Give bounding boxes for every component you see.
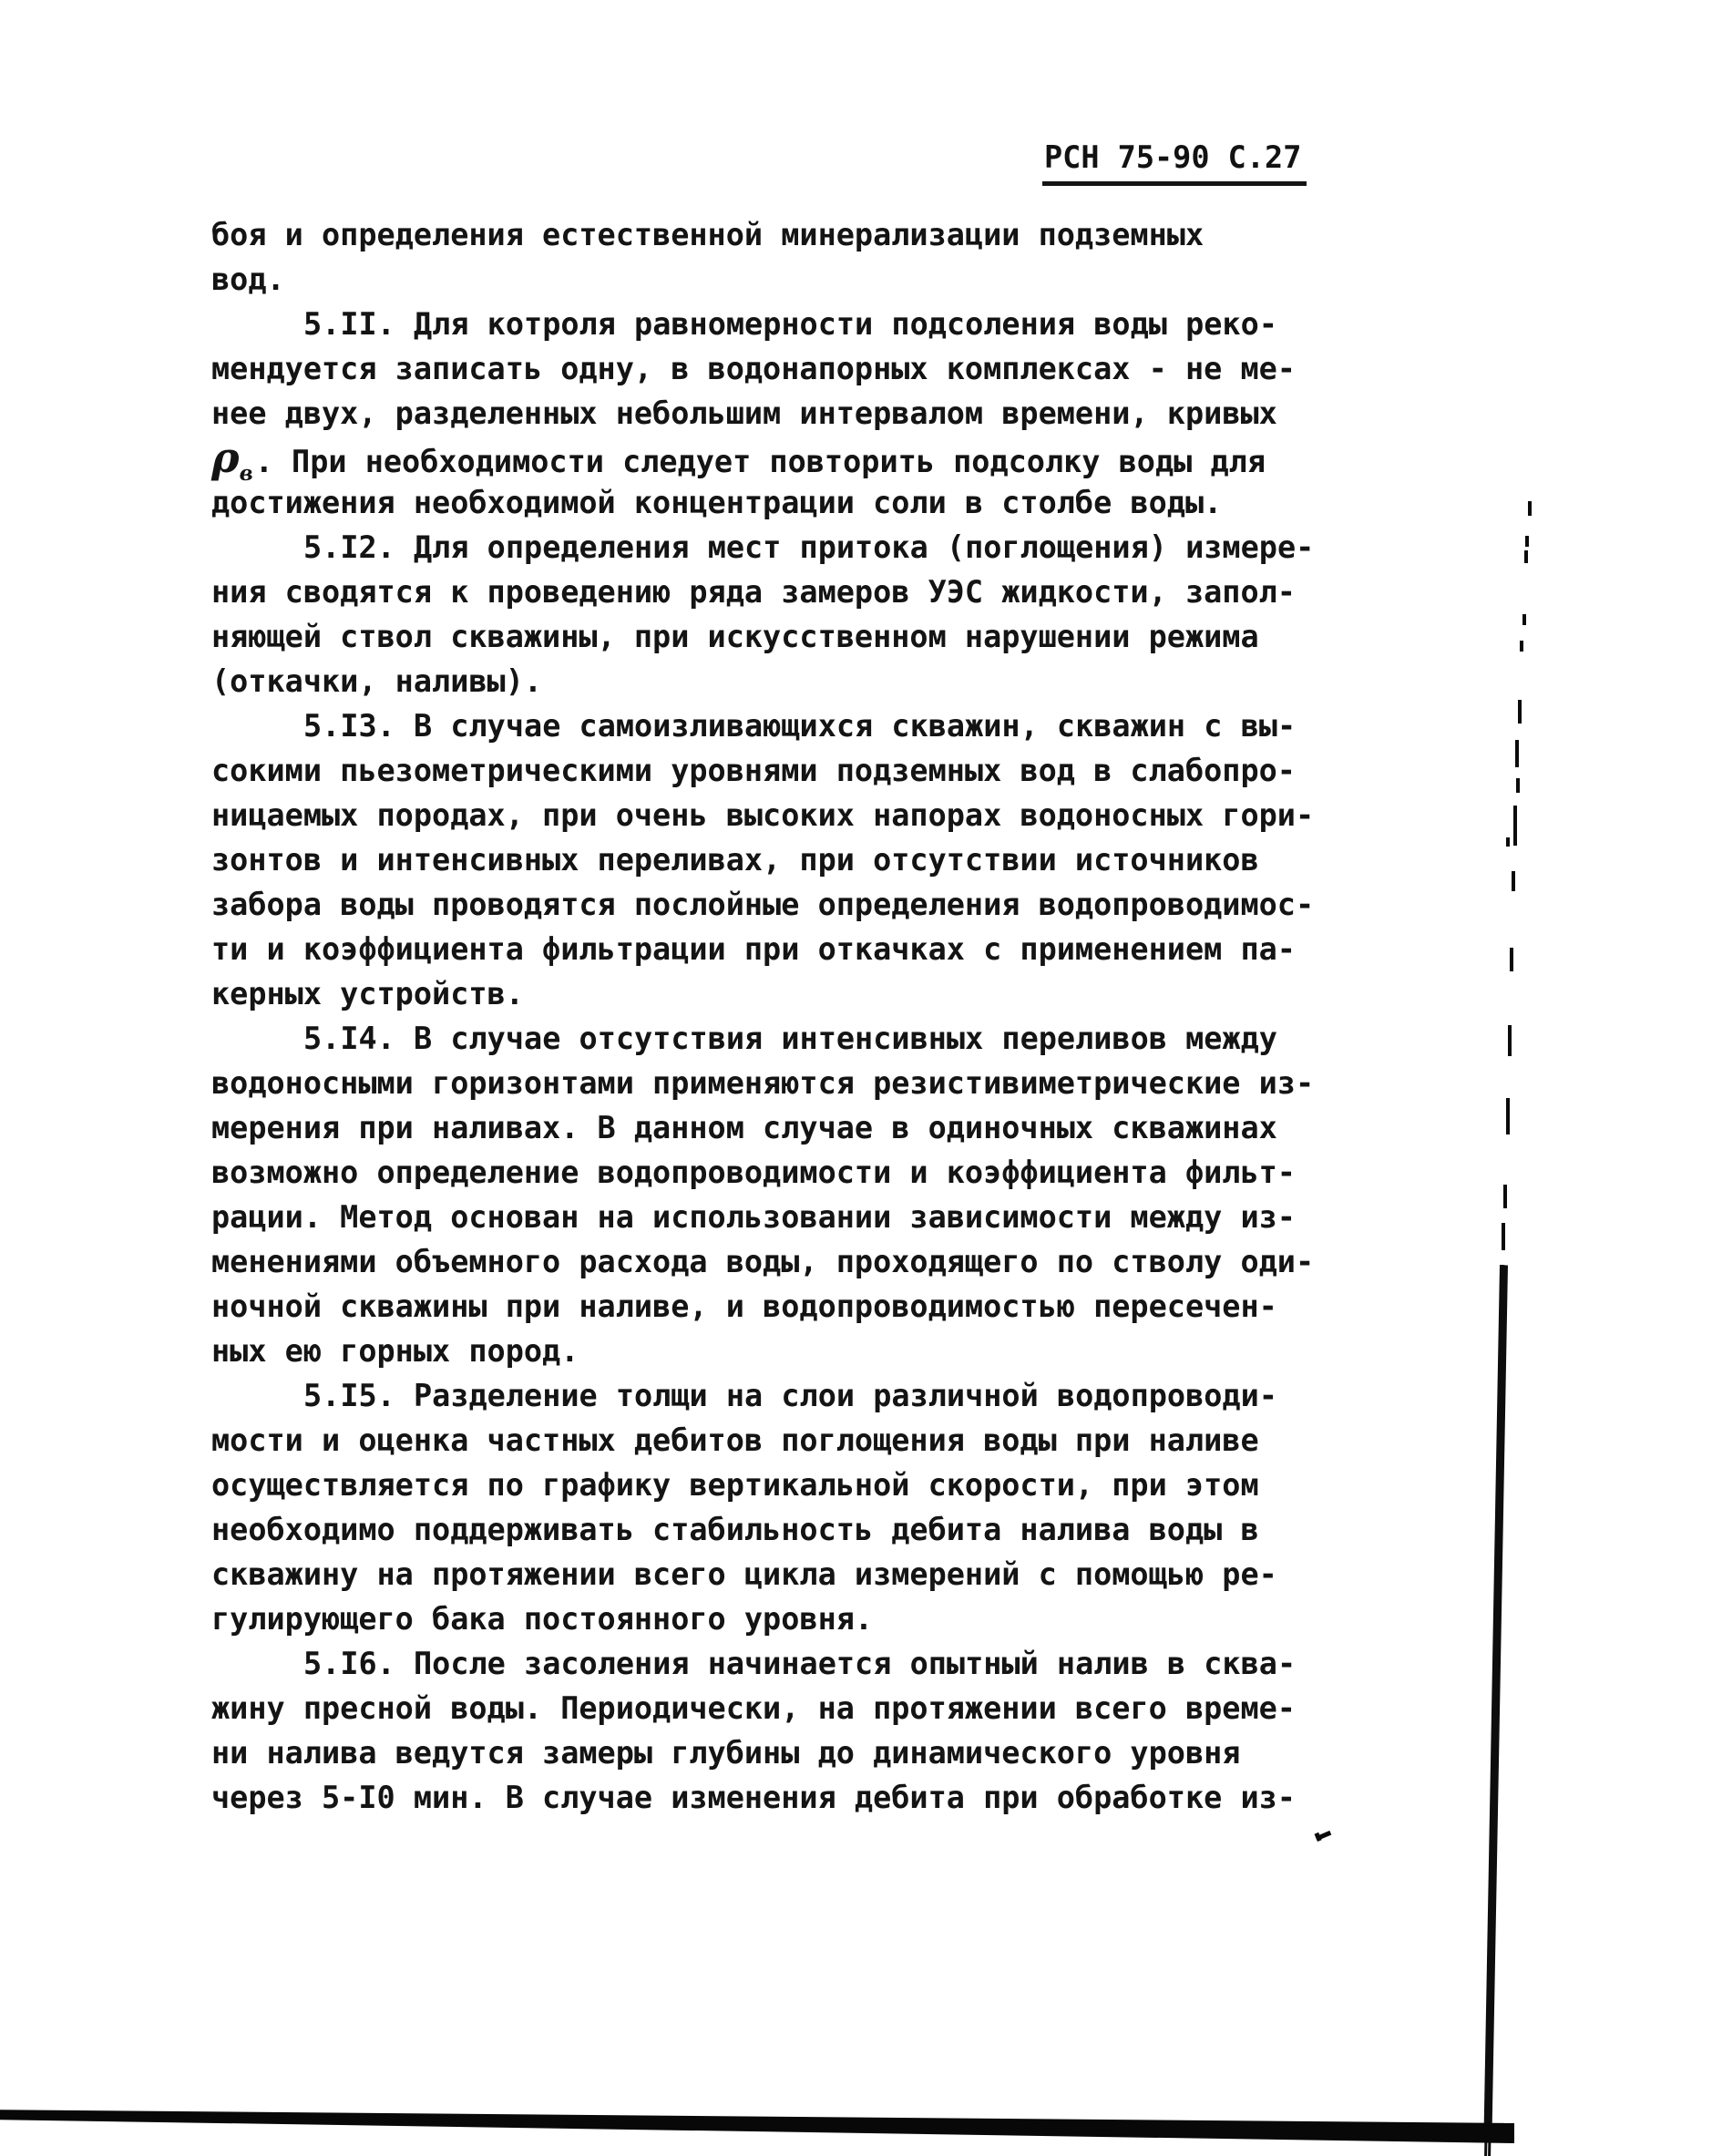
scan-dash-mark bbox=[1528, 501, 1532, 516]
paragraph: 5.I2. Для определения мест притока (погл… bbox=[211, 525, 1396, 703]
text-line: 5.I4. В случае отсутствия интенсивных пе… bbox=[211, 1016, 1396, 1061]
text-line: 5.I2. Для определения мест притока (погл… bbox=[211, 525, 1396, 570]
text-line: нее двух, разделенных небольшим интервал… bbox=[211, 391, 1396, 436]
text-line: водоносными горизонтами применяются рези… bbox=[211, 1061, 1396, 1105]
scan-dash-mark bbox=[1518, 700, 1522, 724]
scan-dash-mark bbox=[1506, 1098, 1510, 1134]
scan-dash-mark bbox=[1508, 1025, 1512, 1056]
scan-dash-mark bbox=[1512, 871, 1515, 891]
scan-bottom-border bbox=[0, 2101, 1514, 2143]
text-line: боя и определения естественной минерализ… bbox=[211, 212, 1396, 257]
text-line: возможно определение водопроводимости и … bbox=[211, 1150, 1396, 1195]
text-line: мендуется записать одну, в водонапорных … bbox=[211, 346, 1396, 391]
scan-dash-mark bbox=[1525, 536, 1529, 547]
scan-dash-mark bbox=[1510, 948, 1513, 971]
text-line: 5.II. Для котроля равномерности подсолен… bbox=[211, 302, 1396, 346]
text-line: ночной скважины при наливе, и водопровод… bbox=[211, 1284, 1396, 1329]
text-line: жину пресной воды. Периодически, на прот… bbox=[211, 1686, 1396, 1730]
rho-formula-symbol: ρ bbox=[211, 433, 240, 482]
text-line: 5.I6. После засоления начинается опытный… bbox=[211, 1641, 1396, 1686]
text-line: ти и коэффициента фильтрации при откачка… bbox=[211, 927, 1396, 971]
paragraph: 5.I4. В случае отсутствия интенсивных пе… bbox=[211, 1016, 1396, 1373]
scan-dash-mark bbox=[1503, 1185, 1507, 1208]
page: РСН 75-90 С.27 боя и определения естеств… bbox=[0, 0, 1712, 2156]
text-line: менениями объемного расхода воды, проход… bbox=[211, 1239, 1396, 1284]
text-line: забора воды проводятся послойные определ… bbox=[211, 882, 1396, 927]
text-line: няющей ствол скважины, при искусственном… bbox=[211, 614, 1396, 659]
scan-dash-mark bbox=[1515, 740, 1519, 767]
text-line: ницаемых породах, при очень высоких напо… bbox=[211, 793, 1396, 837]
text-line: ния сводятся к проведению ряда замеров У… bbox=[211, 570, 1396, 614]
text-line: скважину на протяжении всего цикла измер… bbox=[211, 1552, 1396, 1596]
text-line: необходимо поддерживать стабильность деб… bbox=[211, 1507, 1396, 1552]
paragraph: 5.I6. После засоления начинается опытный… bbox=[211, 1641, 1396, 1820]
scan-dash-mark bbox=[1522, 614, 1526, 625]
scan-dash-mark bbox=[1506, 837, 1510, 847]
text-line: 5.I5. Разделение толщи на слои различной… bbox=[211, 1373, 1396, 1418]
scan-dash-mark bbox=[1520, 641, 1523, 652]
text-line: зонтов и интенсивных переливах, при отсу… bbox=[211, 837, 1396, 882]
text-line: мерения при наливах. В данном случае в о… bbox=[211, 1105, 1396, 1150]
scan-dash-mark bbox=[1516, 778, 1520, 793]
scan-dash-mark bbox=[1524, 550, 1528, 563]
text-line: мости и оценка частных дебитов поглощени… bbox=[211, 1418, 1396, 1463]
text-line: керных устройств. bbox=[211, 971, 1396, 1016]
paragraph: 5.II. Для котроля равномерности подсолен… bbox=[211, 302, 1396, 525]
paragraph: 5.I5. Разделение толщи на слои различной… bbox=[211, 1373, 1396, 1641]
document-body: боя и определения естественной минерализ… bbox=[211, 212, 1396, 1820]
text-line: ρв. При необходимости следует повторить … bbox=[211, 436, 1396, 480]
scan-edge-line bbox=[1484, 1265, 1508, 2129]
text-line: вод. bbox=[211, 257, 1396, 302]
text-line: ни налива ведутся замеры глубины до дина… bbox=[211, 1730, 1396, 1775]
scan-pencil-mark bbox=[1316, 1831, 1332, 1841]
running-header: РСН 75-90 С.27 bbox=[1042, 139, 1307, 186]
text-line: ных ею горных пород. bbox=[211, 1329, 1396, 1373]
text-line: осуществляется по графику вертикальной с… bbox=[211, 1463, 1396, 1507]
text-line: (откачки, наливы). bbox=[211, 659, 1396, 703]
paragraph: 5.I3. В случае самоизливающихся скважин,… bbox=[211, 703, 1396, 1016]
text-line: 5.I3. В случае самоизливающихся скважин,… bbox=[211, 703, 1396, 748]
text-line: через 5-I0 мин. В случае изменения дебит… bbox=[211, 1775, 1396, 1820]
scan-dash-mark bbox=[1513, 806, 1517, 846]
text-line: гулирующего бака постоянного уровня. bbox=[211, 1596, 1396, 1641]
paragraph: боя и определения естественной минерализ… bbox=[211, 212, 1396, 302]
text-line: достижения необходимой концентрации соли… bbox=[211, 480, 1396, 525]
text-line: сокими пьезометрическими уровнями подзем… bbox=[211, 748, 1396, 793]
text-line: рации. Метод основан на использовании за… bbox=[211, 1195, 1396, 1239]
scan-dash-mark bbox=[1502, 1223, 1505, 1250]
